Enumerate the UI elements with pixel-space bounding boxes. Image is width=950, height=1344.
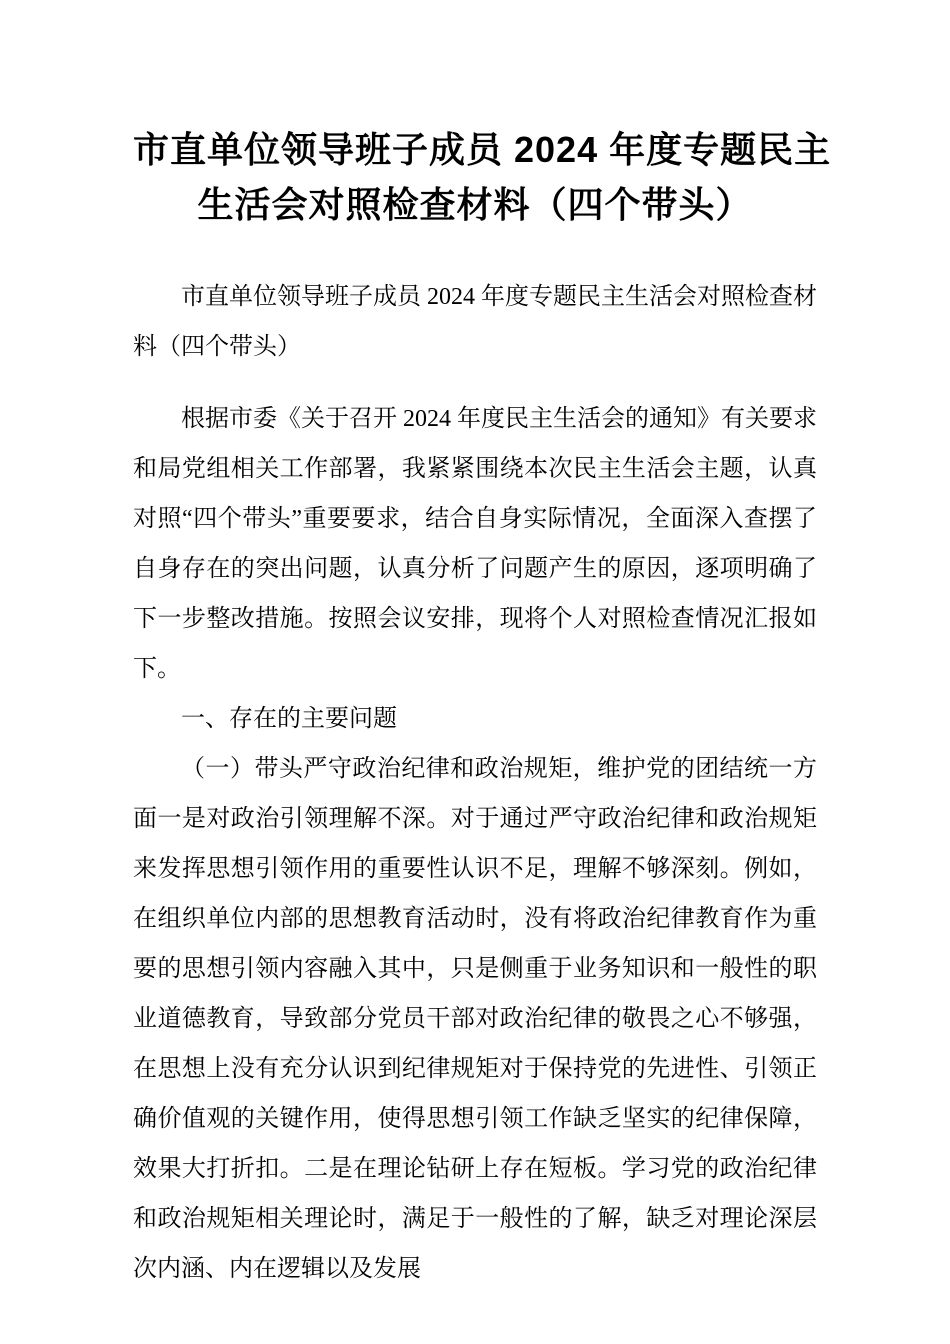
- document-title-line-2: 生活会对照检查材料（四个带头）: [133, 177, 817, 232]
- document-title-line-1: 市直单位领导班子成员 2024 年度专题民主: [133, 122, 817, 177]
- document-page: 市直单位领导班子成员 2024 年度专题民主 生活会对照检查材料（四个带头） 市…: [0, 0, 950, 1344]
- document-title: 市直单位领导班子成员 2024 年度专题民主 生活会对照检查材料（四个带头）: [133, 122, 817, 232]
- subtitle-paragraph: 市直单位领导班子成员 2024 年度专题民主生活会对照检查材料（四个带头）: [133, 272, 817, 372]
- section-1-paragraph: （一）带头严守政治纪律和政治规矩，维护党的团结统一方面一是对政治引领理解不深。对…: [133, 744, 817, 1294]
- section-1-heading: 一、存在的主要问题: [133, 694, 817, 744]
- section-1-body-text: 一是对政治引领理解不深。对于通过严守政治纪律和政治规矩来发挥思想引领作用的重要性…: [133, 806, 817, 1282]
- intro-paragraph: 根据市委《关于召开 2024 年度民主生活会的通知》有关要求和局党组相关工作部署…: [133, 394, 817, 694]
